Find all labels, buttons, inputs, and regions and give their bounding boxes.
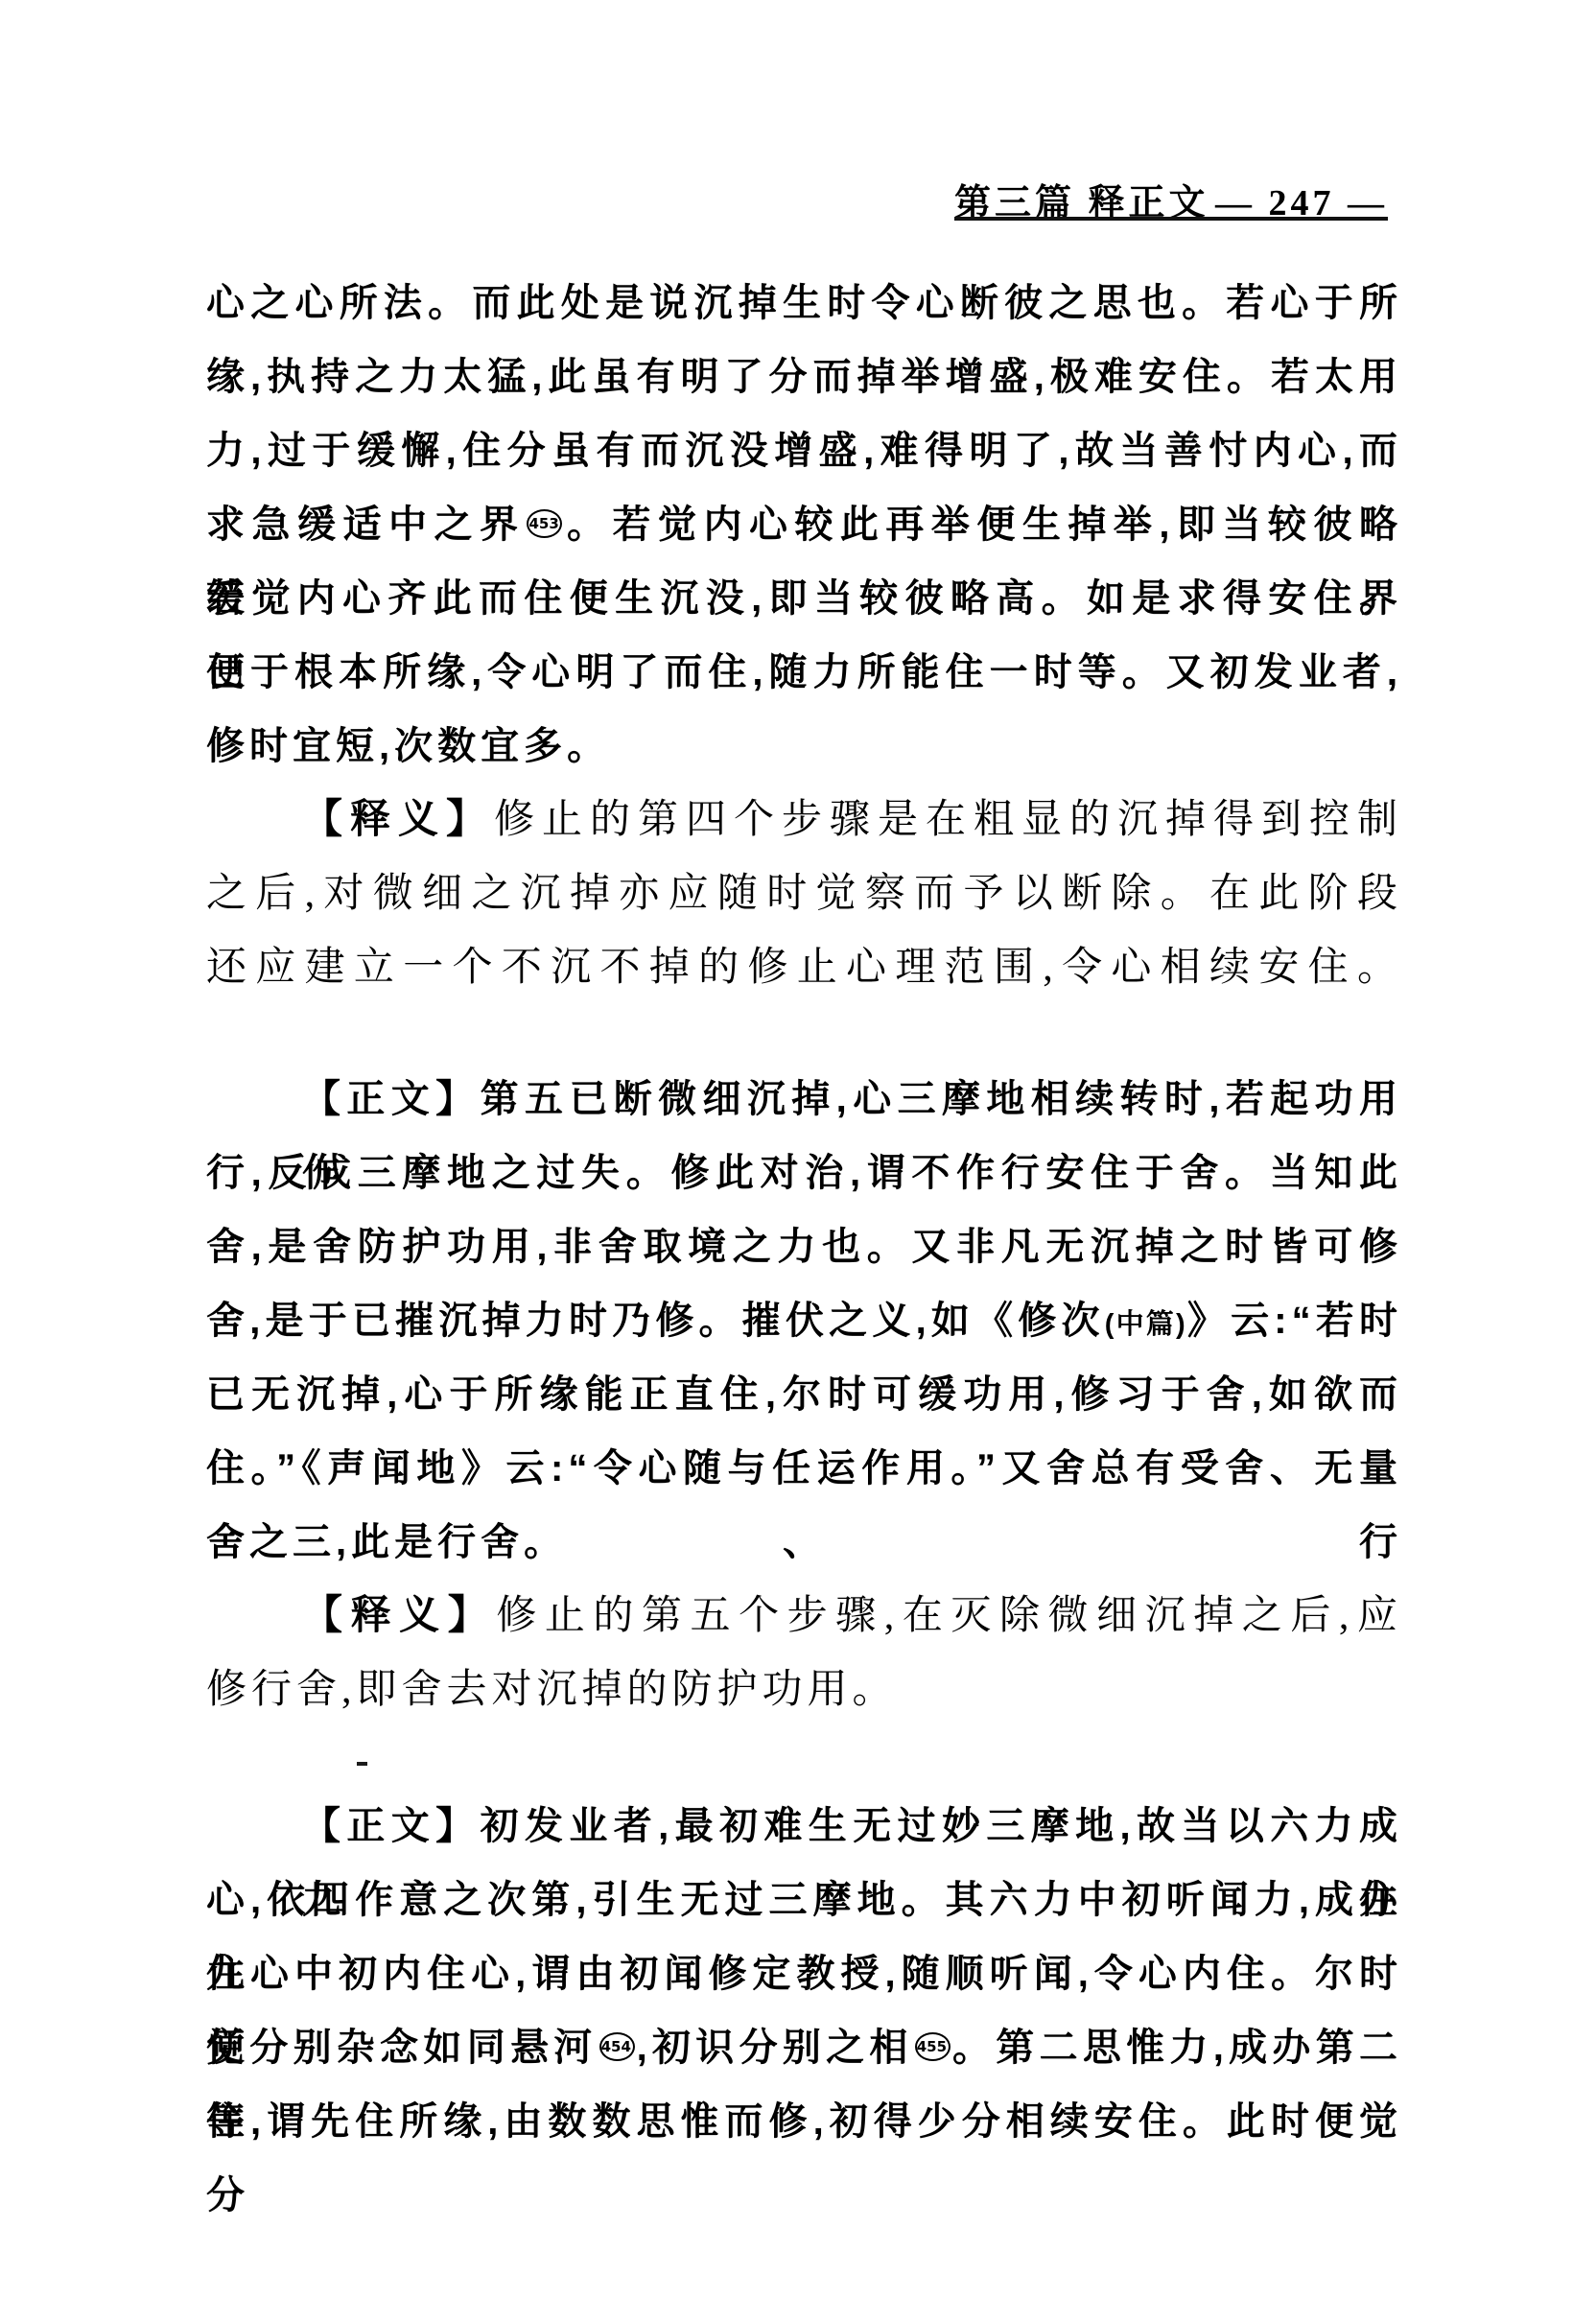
inline-note: (中篇) — [1105, 1309, 1187, 1340]
text-line: 【正文】初发业者,最初难生无过妙三摩地,故当以六力成九住 — [206, 1790, 1402, 1864]
header-rule — [954, 217, 1388, 221]
paragraph-zhengwen-3: 【正文】初发业者,最初难生无过妙三摩地,故当以六力成九住 心,依四作意之次第,引… — [206, 1790, 1402, 2159]
shiyi-label: 【释义】 — [302, 1594, 496, 1638]
text-segment: 修止的第五个步骤,在灭除微细沉掉之后,应 — [496, 1594, 1402, 1638]
text-line: 行,反成三摩地之过失。修此对治,谓不作行安住于舍。当知此 — [206, 1137, 1402, 1210]
text-line: 住。”《声闻地》云:“令心随与任运作用。”又舍总有受舍、无量舍、行 — [206, 1432, 1402, 1506]
zhengwen-label: 【正文】 — [302, 1078, 481, 1120]
text-line: 力,过于缓懈,住分虽有而沉没增盛,难得明了,故当善忖内心,而 — [206, 414, 1402, 488]
paragraph-zhengwen-2: 【正文】第五已断微细沉掉,心三摩地相续转时,若起功用作 行,反成三摩地之过失。修… — [206, 1063, 1402, 1580]
text-segment: 舍,是于已摧沉掉力时乃修。摧伏之义,如《修次 — [206, 1300, 1105, 1342]
scan-artifact-dash — [357, 1762, 367, 1766]
text-line: 修时宜短,次数宜多。 — [206, 710, 1402, 784]
text-line: 求急缓适中之界453。若觉内心较此再举便生掉举,即当较彼略缓。 — [206, 488, 1402, 562]
text-line: 住,谓先住所缘,由数数思惟而修,初得少分相续安住。此时便觉分 — [206, 2085, 1402, 2159]
text-line: 还应建立一个不沉不掉的修止心理范围,令心相续安住。 — [206, 931, 1402, 1005]
text-line: 【正文】第五已断微细沉掉,心三摩地相续转时,若起功用作 — [206, 1063, 1402, 1137]
text-line: 住心中初内住心,谓由初闻修定教授,随顺听闻,令心内住。尔时便 — [206, 1937, 1402, 2011]
book-page: 第三篇 释正文 — 247 — 心之心所法。而此处是说沉掉生时令心断彼之思也。若… — [0, 0, 1596, 2298]
zhengwen-label: 【正文】 — [302, 1805, 481, 1847]
text-line: 便于根本所缘,令心明了而住,随力所能住一时等。又初发业者, — [206, 636, 1402, 710]
footnote-marker-455: 455 — [915, 2032, 951, 2061]
paragraph-zhengwen-continuation: 心之心所法。而此处是说沉掉生时令心断彼之思也。若心于所 缘,执持之力太猛,此虽有… — [206, 267, 1402, 784]
text-line: 【释义】修止的第四个步骤是在粗显的沉掉得到控制 — [206, 784, 1402, 857]
footnote-marker-453: 453 — [527, 509, 562, 538]
text-line: 心之心所法。而此处是说沉掉生时令心断彼之思也。若心于所 — [206, 267, 1402, 340]
text-line: 缘,执持之力太猛,此虽有明了分而掉举增盛,极难安住。若太用 — [206, 340, 1402, 414]
footnote-marker-454: 454 — [599, 2032, 635, 2061]
text-segment: 觉分别杂念如同悬河 — [206, 2027, 598, 2069]
text-line: 【释义】修止的第五个步骤,在灭除微细沉掉之后,应 — [206, 1580, 1402, 1653]
text-segment: ,初识分别之相 — [637, 2027, 913, 2069]
text-line: 心,依四作意之次第,引生无过三摩地。其六力中初听闻力,成办九 — [206, 1864, 1402, 1937]
text-line: 之后,对微细之沉掉亦应随时觉察而予以断除。在此阶段 — [206, 857, 1402, 931]
text-line: 舍,是舍防护功用,非舍取境之力也。又非凡无沉掉之时皆可修 — [206, 1210, 1402, 1284]
shiyi-label: 【释义】 — [302, 798, 494, 842]
text-line: 觉分别杂念如同悬河454,初识分别之相455。第二思惟力,成办第二等 — [206, 2011, 1402, 2085]
text-segment: 求急缓适中之界 — [206, 504, 525, 546]
text-line: 舍,是于已摧沉掉力时乃修。摧伏之义,如《修次(中篇)》云:“若时 — [206, 1284, 1402, 1358]
text-segment: 》云:“若时 — [1187, 1300, 1402, 1342]
text-body: 心之心所法。而此处是说沉掉生时令心断彼之思也。若心于所 缘,执持之力太猛,此虽有… — [206, 267, 1402, 2159]
text-line: 已无沉掉,心于所缘能正直住,尔时可缓功用,修习于舍,如欲而 — [206, 1358, 1402, 1432]
text-segment: 修止的第四个步骤是在粗显的沉掉得到控制 — [494, 798, 1402, 842]
text-line: 若觉内心齐此而住便生沉没,即当较彼略高。如是求得安住界已, — [206, 562, 1402, 636]
paragraph-shiyi-2: 【释义】修止的第五个步骤,在灭除微细沉掉之后,应 修行舍,即舍去对沉掉的防护功用… — [206, 1580, 1402, 1727]
text-line: 修行舍,即舍去对沉掉的防护功用。 — [206, 1653, 1402, 1727]
paragraph-shiyi-1: 【释义】修止的第四个步骤是在粗显的沉掉得到控制 之后,对微细之沉掉亦应随时觉察而… — [206, 784, 1402, 1005]
